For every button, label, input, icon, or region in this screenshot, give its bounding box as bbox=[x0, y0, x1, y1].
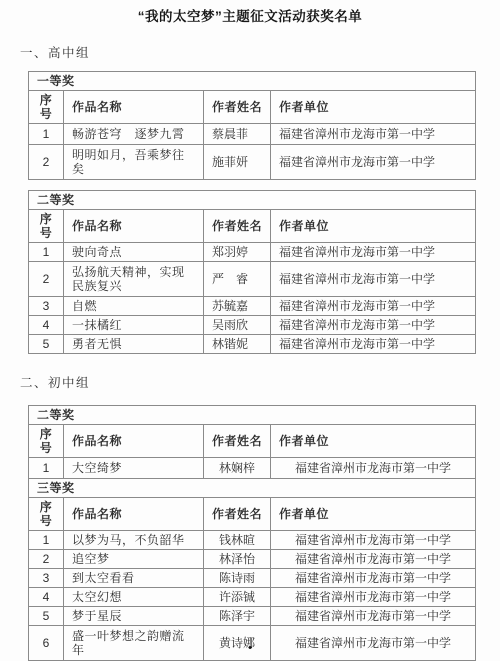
cell-author-unit: 福建省漳州市龙海市第一中学 bbox=[271, 550, 476, 569]
table-row: 1 以梦为马，不负韶华 钱林暄 福建省漳州市龙海市第一中学 bbox=[29, 531, 476, 550]
cell-author-unit: 福建省漳州市龙海市第一中学 bbox=[271, 316, 476, 335]
cell-index: 2 bbox=[29, 550, 64, 569]
table-row: 4 一抹橘红 吴雨欣 福建省漳州市龙海市第一中学 bbox=[29, 316, 476, 335]
cell-index: 3 bbox=[29, 297, 64, 316]
award-table-jh-third-prize: 三等奖 序号 作品名称 作者姓名 作者单位 1 以梦为马，不负韶华 钱林暄 福建… bbox=[28, 478, 476, 661]
cell-author-unit: 福建省漳州市龙海市第一中学 bbox=[271, 626, 476, 661]
cell-author-name: 郑羽婷 bbox=[204, 243, 271, 262]
award-band-row: 一等奖 bbox=[29, 72, 476, 91]
cell-author-name: 严 睿 bbox=[204, 262, 271, 297]
cell-work-title: 一抹橘红 bbox=[64, 316, 204, 335]
column-header-author-name: 作者姓名 bbox=[204, 210, 271, 243]
cell-index: 4 bbox=[29, 588, 64, 607]
cell-author-name: 许添铖 bbox=[204, 588, 271, 607]
column-header-author-unit: 作者单位 bbox=[271, 498, 476, 531]
header-row: 序号 作品名称 作者姓名 作者单位 bbox=[29, 91, 476, 124]
cell-index: 6 bbox=[29, 626, 64, 661]
column-header-index: 序号 bbox=[29, 91, 64, 124]
cell-work-title: 梦于星辰 bbox=[64, 607, 204, 626]
cell-index: 1 bbox=[29, 531, 64, 550]
column-header-work-title: 作品名称 bbox=[64, 210, 204, 243]
cell-index: 1 bbox=[29, 243, 64, 262]
column-header-index: 序号 bbox=[29, 210, 64, 243]
cell-index: 2 bbox=[29, 145, 64, 180]
table-row: 2 追空梦 林泽怡 福建省漳州市龙海市第一中学 bbox=[29, 550, 476, 569]
cell-author-unit: 福建省漳州市龙海市第一中学 bbox=[271, 607, 476, 626]
cell-author-unit: 福建省漳州市龙海市第一中学 bbox=[271, 458, 476, 479]
table-row: 4 太空幻想 许添铖 福建省漳州市龙海市第一中学 bbox=[29, 588, 476, 607]
table-row: 3 到太空看看 陈诗雨 福建省漳州市龙海市第一中学 bbox=[29, 569, 476, 588]
section-heading-junior-high: 二、初中组 bbox=[20, 376, 500, 391]
column-header-index: 序号 bbox=[29, 425, 64, 458]
column-header-author-unit: 作者单位 bbox=[271, 91, 476, 124]
cell-index: 3 bbox=[29, 569, 64, 588]
cell-author-name: 陈泽宇 bbox=[204, 607, 271, 626]
column-header-author-name: 作者姓名 bbox=[204, 91, 271, 124]
cell-work-title: 明明如月，吾乘梦往矣 bbox=[64, 145, 204, 180]
column-header-work-title: 作品名称 bbox=[64, 91, 204, 124]
page-title: “我的太空梦”主题征文活动获奖名单 bbox=[0, 0, 500, 25]
cell-author-unit: 福建省漳州市龙海市第一中学 bbox=[271, 145, 476, 180]
column-header-author-name: 作者姓名 bbox=[204, 425, 271, 458]
award-label: 二等奖 bbox=[29, 406, 476, 425]
cell-work-title: 自燃 bbox=[64, 297, 204, 316]
cell-index: 5 bbox=[29, 335, 64, 354]
cell-work-title: 到太空看看 bbox=[64, 569, 204, 588]
cell-index: 4 bbox=[29, 316, 64, 335]
cell-index: 5 bbox=[29, 607, 64, 626]
cell-index: 1 bbox=[29, 124, 64, 145]
cell-author-name: 林泽怡 bbox=[204, 550, 271, 569]
table-row: 2 明明如月，吾乘梦往矣 施菲妍 福建省漳州市龙海市第一中学 bbox=[29, 145, 476, 180]
table-row: 3 自燃 苏毓嘉 福建省漳州市龙海市第一中学 bbox=[29, 297, 476, 316]
cell-author-name: 吴雨欣 bbox=[204, 316, 271, 335]
award-band-row: 二等奖 bbox=[29, 406, 476, 425]
cell-author-name: 陈诗雨 bbox=[204, 569, 271, 588]
cell-author-name: 施菲妍 bbox=[204, 145, 271, 180]
column-header-work-title: 作品名称 bbox=[64, 498, 204, 531]
cell-author-name: 苏毓嘉 bbox=[204, 297, 271, 316]
cell-work-title: 以梦为马，不负韶华 bbox=[64, 531, 204, 550]
award-band-row: 三等奖 bbox=[29, 479, 476, 498]
page-marker-dot: • bbox=[248, 643, 252, 654]
cell-work-title: 盛一叶梦想之韵赠流年 bbox=[64, 626, 204, 661]
cell-author-name: 黄诗娜 bbox=[204, 626, 271, 661]
cell-author-name: 蔡晨菲 bbox=[204, 124, 271, 145]
cell-index: 1 bbox=[29, 458, 64, 479]
cell-work-title: 太空幻想 bbox=[64, 588, 204, 607]
cell-author-unit: 福建省漳州市龙海市第一中学 bbox=[271, 262, 476, 297]
cell-work-title: 追空梦 bbox=[64, 550, 204, 569]
section-heading-high-school: 一、高中组 bbox=[20, 46, 500, 61]
cell-work-title: 畅游苍穹 逐梦九霄 bbox=[64, 124, 204, 145]
cell-author-unit: 福建省漳州市龙海市第一中学 bbox=[271, 243, 476, 262]
cell-author-unit: 福建省漳州市龙海市第一中学 bbox=[271, 588, 476, 607]
cell-author-unit: 福建省漳州市龙海市第一中学 bbox=[271, 531, 476, 550]
award-label: 二等奖 bbox=[29, 191, 476, 210]
award-table-hs-second-prize: 二等奖 序号 作品名称 作者姓名 作者单位 1 驶向奇点 郑羽婷 福建省漳州市龙… bbox=[28, 190, 476, 354]
table-row: 1 畅游苍穹 逐梦九霄 蔡晨菲 福建省漳州市龙海市第一中学 bbox=[29, 124, 476, 145]
cell-author-name: 林娴梓 bbox=[204, 458, 271, 479]
header-row: 序号 作品名称 作者姓名 作者单位 bbox=[29, 425, 476, 458]
cell-author-unit: 福建省漳州市龙海市第一中学 bbox=[271, 335, 476, 354]
award-band-row: 二等奖 bbox=[29, 191, 476, 210]
cell-author-name: 林锴妮 bbox=[204, 335, 271, 354]
column-header-index: 序号 bbox=[29, 498, 64, 531]
award-table-jh-second-prize: 二等奖 序号 作品名称 作者姓名 作者单位 1 大空绮梦 林娴梓 福建省漳州市龙… bbox=[28, 405, 476, 479]
cell-work-title: 弘扬航天精神，实现民族复兴 bbox=[64, 262, 204, 297]
table-row: 2 弘扬航天精神，实现民族复兴 严 睿 福建省漳州市龙海市第一中学 bbox=[29, 262, 476, 297]
award-table-hs-first-prize: 一等奖 序号 作品名称 作者姓名 作者单位 1 畅游苍穹 逐梦九霄 蔡晨菲 福建… bbox=[28, 71, 476, 180]
cell-work-title: 驶向奇点 bbox=[64, 243, 204, 262]
cell-author-unit: 福建省漳州市龙海市第一中学 bbox=[271, 297, 476, 316]
cell-author-unit: 福建省漳州市龙海市第一中学 bbox=[271, 124, 476, 145]
column-header-author-name: 作者姓名 bbox=[204, 498, 271, 531]
column-header-author-unit: 作者单位 bbox=[271, 425, 476, 458]
table-row: 1 驶向奇点 郑羽婷 福建省漳州市龙海市第一中学 bbox=[29, 243, 476, 262]
table-row: 5 勇者无惧 林锴妮 福建省漳州市龙海市第一中学 bbox=[29, 335, 476, 354]
column-header-author-unit: 作者单位 bbox=[271, 210, 476, 243]
header-row: 序号 作品名称 作者姓名 作者单位 bbox=[29, 498, 476, 531]
header-row: 序号 作品名称 作者姓名 作者单位 bbox=[29, 210, 476, 243]
table-row: 1 大空绮梦 林娴梓 福建省漳州市龙海市第一中学 bbox=[29, 458, 476, 479]
award-label: 三等奖 bbox=[29, 479, 476, 498]
cell-author-name: 钱林暄 bbox=[204, 531, 271, 550]
award-label: 一等奖 bbox=[29, 72, 476, 91]
cell-author-unit: 福建省漳州市龙海市第一中学 bbox=[271, 569, 476, 588]
column-header-work-title: 作品名称 bbox=[64, 425, 204, 458]
cell-index: 2 bbox=[29, 262, 64, 297]
table-row: 5 梦于星辰 陈泽宇 福建省漳州市龙海市第一中学 bbox=[29, 607, 476, 626]
cell-work-title: 勇者无惧 bbox=[64, 335, 204, 354]
cell-work-title: 大空绮梦 bbox=[64, 458, 204, 479]
